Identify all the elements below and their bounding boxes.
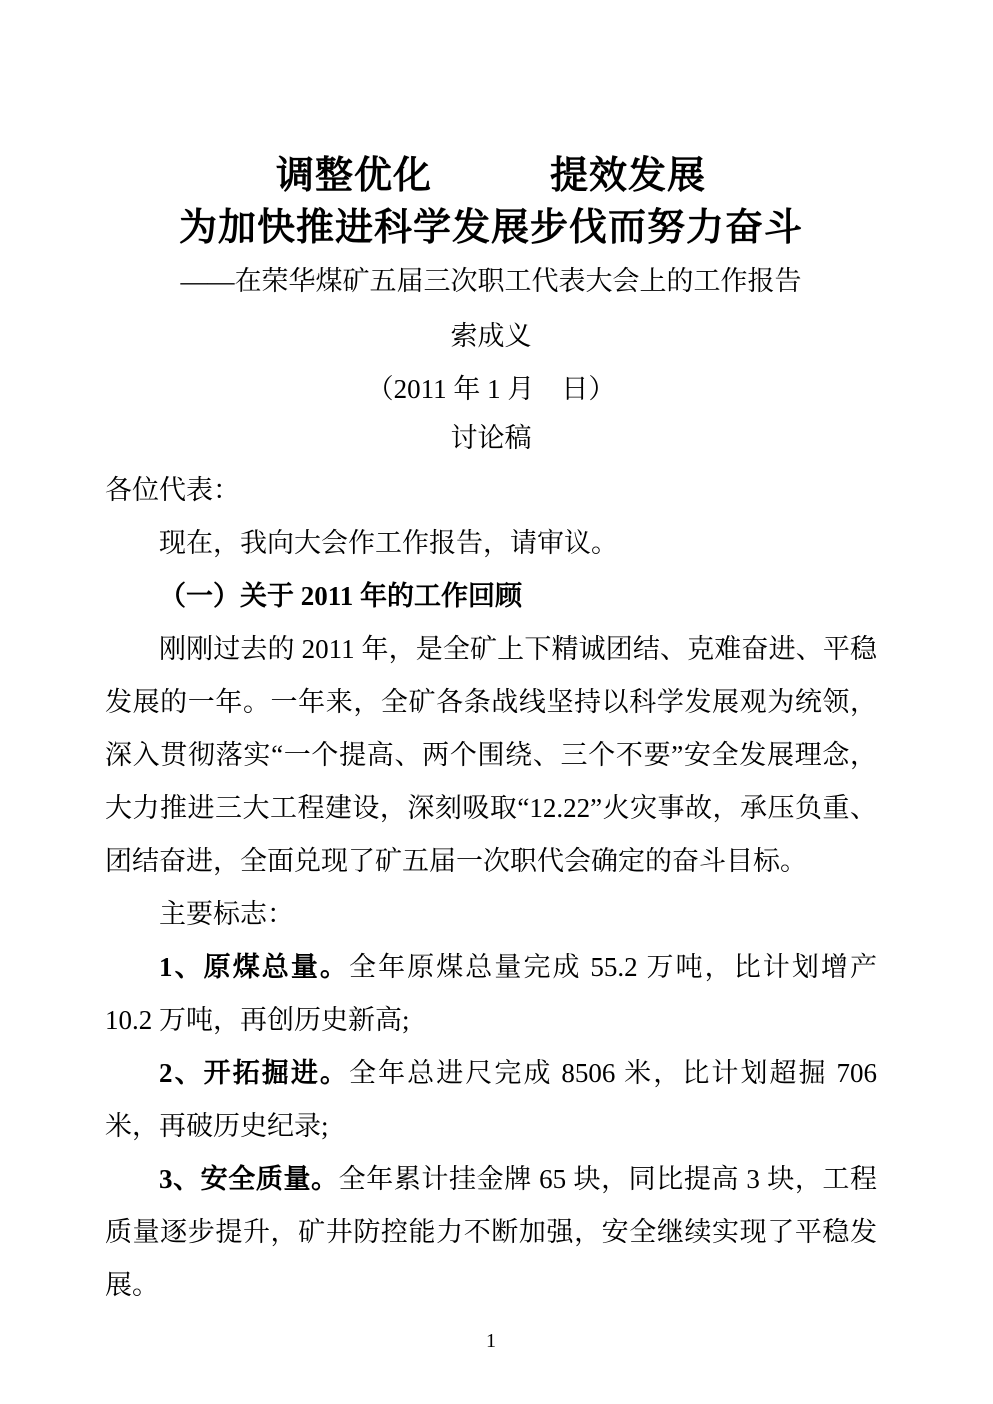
section-heading: （一）关于 2011 年的工作回顾 <box>105 570 877 623</box>
achievement-item-2-lead: 2、开拓掘进。 <box>159 1058 349 1088</box>
document-body: 各位代表： 现在，我向大会作工作报告，请审议。 （一）关于 2011 年的工作回… <box>105 464 877 1312</box>
achievement-item-1: 1、原煤总量。全年原煤总量完成 55.2 万吨，比计划增产 10.2 万吨，再创… <box>105 941 877 1047</box>
document-subtitle: ——在荣华煤矿五届三次职工代表大会上的工作报告 <box>105 260 877 302</box>
page-number: 1 <box>105 1328 877 1355</box>
document-title-line1: 调整优化提效发展 <box>105 150 877 202</box>
document-page: 调整优化提效发展 为加快推进科学发展步伐而努力奋斗 ——在荣华煤矿五届三次职工代… <box>0 0 993 1404</box>
draft-label: 讨论稿 <box>105 414 877 463</box>
achievement-item-2: 2、开拓掘进。全年总进尺完成 8506 米，比计划超掘 706 米，再破历史纪录… <box>105 1047 877 1153</box>
date-line: （2011 年 1 月 日） <box>105 365 877 414</box>
achievement-item-1-lead: 1、原煤总量。 <box>159 952 349 982</box>
title-part-left: 调整优化 <box>276 155 432 197</box>
title-part-right: 提效发展 <box>550 155 706 197</box>
achievement-item-3-lead: 3、安全质量。 <box>159 1164 339 1194</box>
document-title-line2: 为加快推进科学发展步伐而努力奋斗 <box>105 202 877 254</box>
salutation: 各位代表： <box>105 464 877 517</box>
achievement-item-3: 3、安全质量。全年累计挂金牌 65 块，同比提高 3 块，工程质量逐步提升，矿井… <box>105 1153 877 1312</box>
title-spacer <box>432 187 550 188</box>
author-name: 索成义 <box>105 312 877 361</box>
review-paragraph: 刚刚过去的 2011 年，是全矿上下精诚团结、克难奋进、平稳发展的一年。一年来，… <box>105 623 877 888</box>
opening-paragraph: 现在，我向大会作工作报告，请审议。 <box>105 517 877 570</box>
marks-label: 主要标志： <box>105 888 877 941</box>
